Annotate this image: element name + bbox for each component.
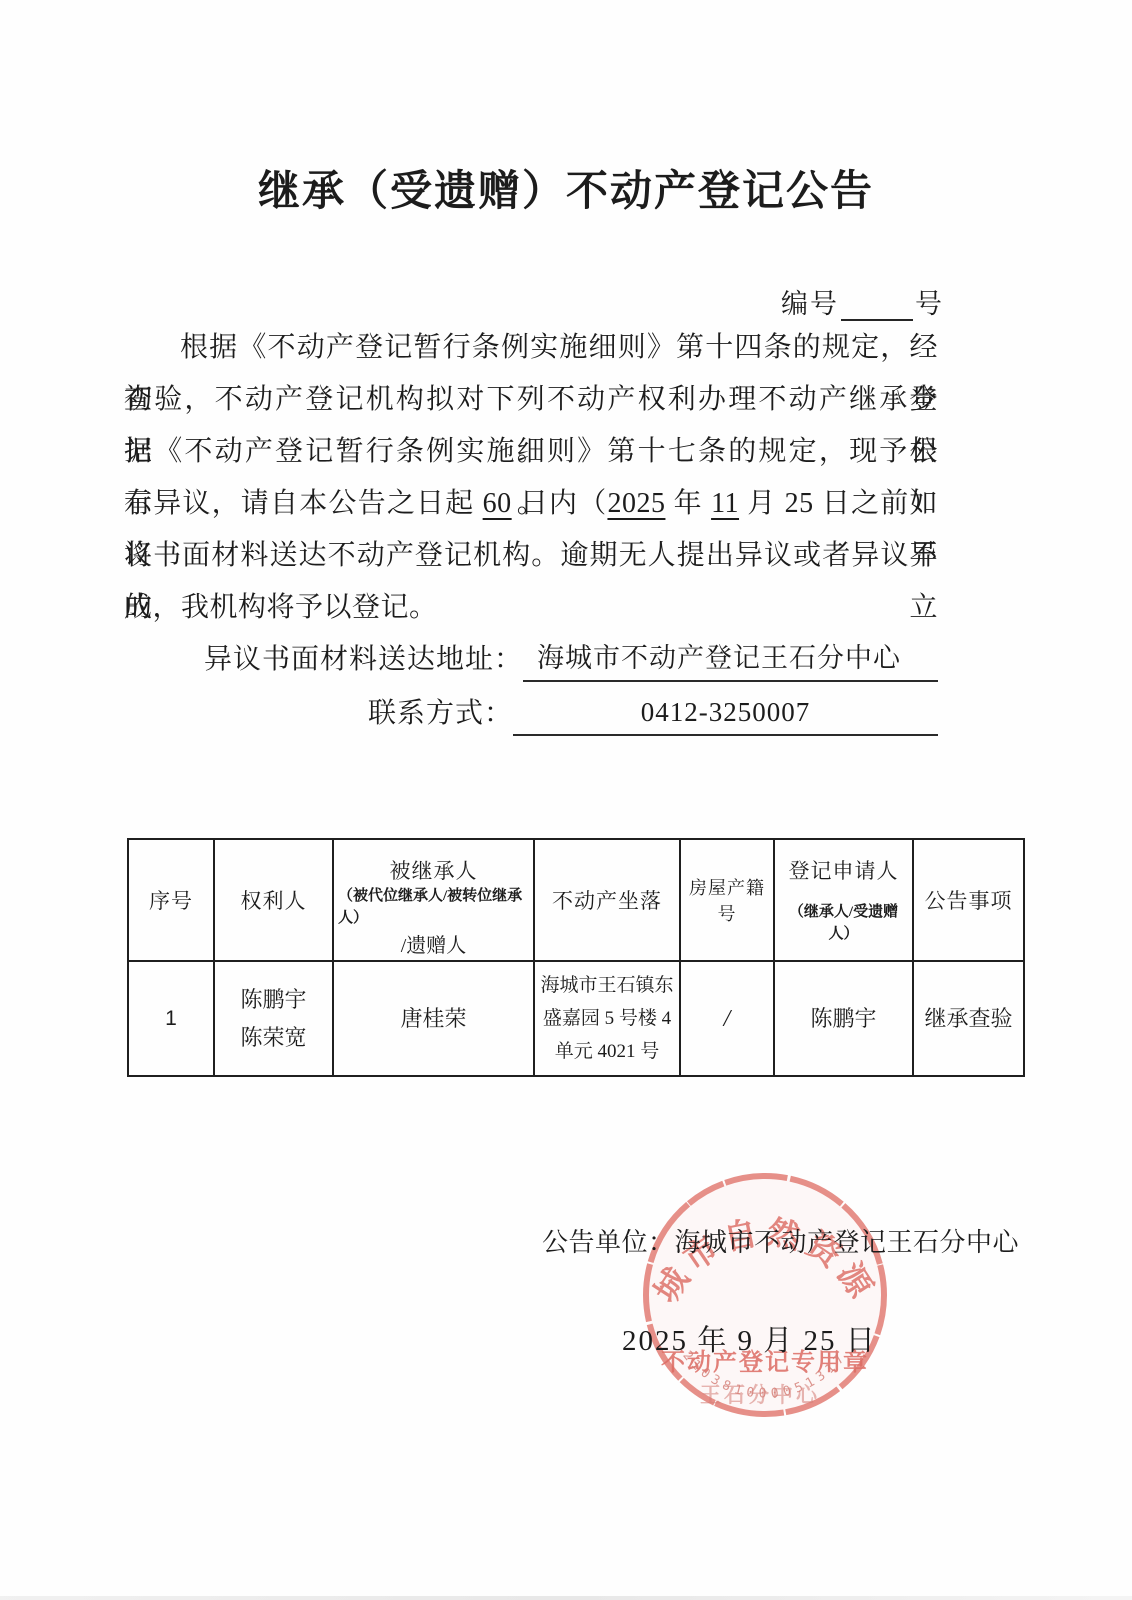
underlined-text: 60 <box>483 488 512 519</box>
address-label: 异议书面材料送达地址： <box>204 634 523 686</box>
underlined-text: 11 <box>711 488 739 519</box>
issuer-value: 海城市不动产登记王石分中心 <box>675 1228 1020 1257</box>
text-segment: 的，我机构将予以登记。 <box>124 592 438 623</box>
cell-applicant: 陈鹏宇 <box>774 961 913 1076</box>
table-row: 1 陈鹏宇 陈荣宽 唐桂荣 海城市王石镇东 盛嘉园 5 号楼 4 单元 4021… <box>128 961 1024 1076</box>
cell-notice-matter: 继承查验 <box>913 961 1024 1076</box>
table-header-right-holder: 权利人 <box>214 839 333 961</box>
body-line: 议书面材料送达不动产登记机构。逾期无人提出异议或者异议不成立 <box>124 530 938 582</box>
cell-seq: 1 <box>128 961 214 1076</box>
official-seal: 海城市自然资源局 不动产登记专用章 王石分中心 210381000051317 <box>632 1158 902 1438</box>
address-line: 异议书面材料送达地址： 海城市不动产登记王石分中心 <box>204 634 938 686</box>
cell-decedent: 唐桂荣 <box>333 961 534 1076</box>
table-header-property-location: 不动产坐落 <box>534 839 680 961</box>
text-segment: 日内（ <box>512 488 608 519</box>
body-line: 根据《不动产登记暂行条例实施细则》第十四条的规定，经初步 <box>124 322 938 374</box>
address-value: 海城市不动产登记王石分中心 <box>523 634 938 682</box>
notice-body: 根据《不动产登记暂行条例实施细则》第十四条的规定，经初步查验，不动产登记机构拟对… <box>124 322 938 740</box>
body-line: 有异议，请自本公告之日起 60 日内（2025 年 11 月 25 日之前）将异 <box>124 478 938 530</box>
issuer-line: 公告单位：海城市不动产登记王石分中心 <box>542 1222 1019 1259</box>
text-segment: 年 <box>665 488 711 519</box>
table-header-row: 序号 权利人 被继承人 （被代位继承人/被转位继承人） /遗赠人 不动产坐落 房… <box>128 839 1024 961</box>
date-line: 2025 年 9 月 25 日 <box>622 1318 877 1359</box>
contact-line: 联系方式： 0412-3250007 <box>368 688 938 740</box>
registration-table: 序号 权利人 被继承人 （被代位继承人/被转位继承人） /遗赠人 不动产坐落 房… <box>127 838 1025 1077</box>
cell-property-location: 海城市王石镇东 盛嘉园 5 号楼 4 单元 4021 号 <box>534 961 680 1076</box>
issuer-label: 公告单位： <box>542 1228 675 1257</box>
cell-right-holder: 陈鹏宇 陈荣宽 <box>214 961 333 1076</box>
contact-value: 0412-3250007 <box>513 688 938 736</box>
table-header-seq: 序号 <box>128 839 214 961</box>
contact-label: 联系方式： <box>368 688 513 740</box>
table-header-notice-matter: 公告事项 <box>913 839 1024 961</box>
table-header-house-number: 房屋产籍号 <box>680 839 774 961</box>
cell-house-number: / <box>680 961 774 1076</box>
body-paragraph: 根据《不动产登记暂行条例实施细则》第十四条的规定，经初步查验，不动产登记机构拟对… <box>124 322 938 634</box>
table-header-decedent: 被继承人 （被代位继承人/被转位继承人） /遗赠人 <box>333 839 534 961</box>
ref-number-suffix: 号 <box>915 289 944 319</box>
ref-number-label: 编号 <box>781 289 839 319</box>
body-line: 查验，不动产登记机构拟对下列不动产权利办理不动产继承登记。根 <box>124 374 938 426</box>
ref-number-blank <box>841 289 913 321</box>
ref-number-line: 编号号 <box>781 282 944 321</box>
document-page: 继承（受遗赠）不动产登记公告 编号号 根据《不动产登记暂行条例实施细则》第十四条… <box>0 0 1132 1600</box>
text-segment: 有异议，请自本公告之日起 <box>124 488 483 519</box>
underlined-text: 2025 <box>607 488 665 519</box>
page-title: 继承（受遗赠）不动产登记公告 <box>0 158 1132 218</box>
table-header-applicant: 登记申请人 （继承人/受遗赠人） <box>774 839 913 961</box>
body-line: 据《不动产登记暂行条例实施细则》第十七条的规定，现予公示。如 <box>124 426 938 478</box>
